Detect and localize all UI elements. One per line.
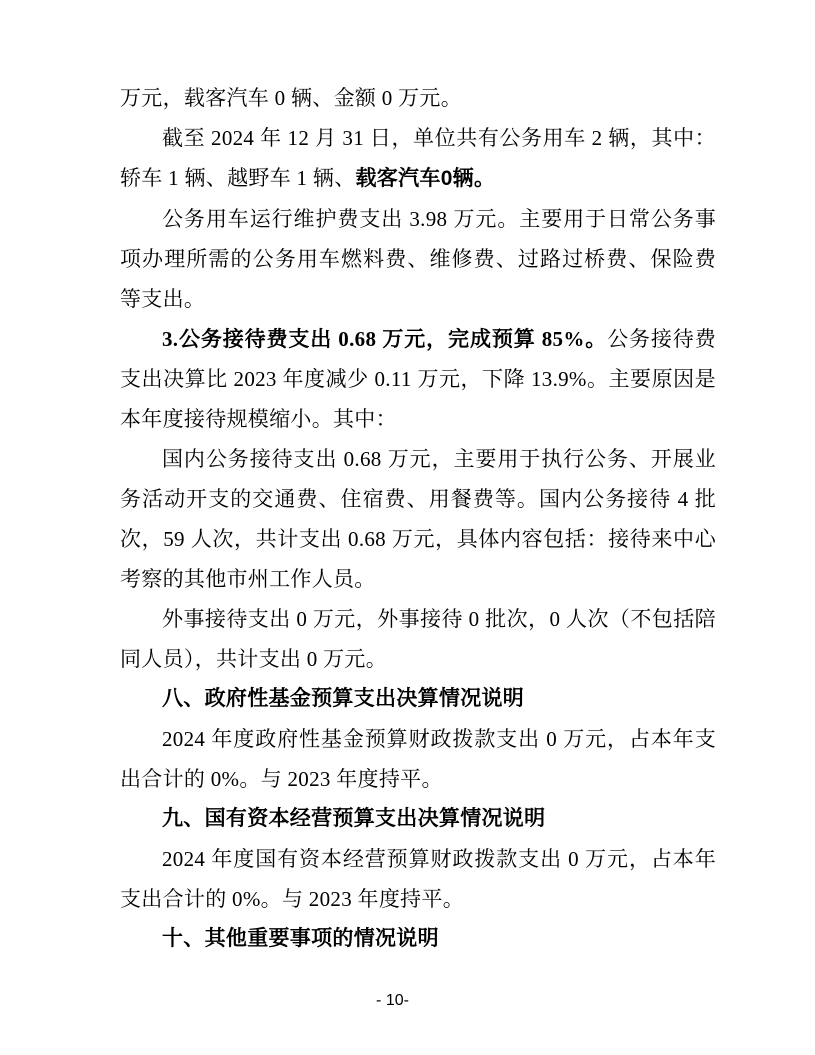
emphasis-run: 十、其他重要事项的情况说明 — [162, 927, 439, 950]
paragraph: 外事接待支出 0 万元，外事接待 0 批次，0 人次（不包括陪同人员），共计支出… — [120, 599, 716, 679]
text-run: 2024 年度国有资本经营预算财政拨款支出 0 万元，占本年支出合计的 0%。与… — [120, 847, 716, 911]
emphasis-run: 载客汽车0辆。 — [356, 167, 496, 190]
section-heading: 十、其他重要事项的情况说明 — [120, 919, 716, 959]
paragraph: 2024 年度政府性基金预算财政拨款支出 0 万元，占本年支出合计的 0%。与 … — [120, 719, 716, 799]
paragraph: 3.公务接待费支出 0.68 万元，完成预算 85%。公务接待费支出决算比 20… — [120, 319, 716, 439]
page-number: - 10- — [376, 992, 409, 1009]
section-heading: 八、政府性基金预算支出决算情况说明 — [120, 679, 716, 719]
document-page: 万元，载客汽车 0 辆、金额 0 万元。截至 2024 年 12 月 31 日，… — [0, 0, 815, 1055]
emphasis-run: 八、政府性基金预算支出决算情况说明 — [162, 687, 524, 710]
text-run: 万元，载客汽车 0 辆、金额 0 万元。 — [120, 86, 462, 110]
text-run: 公务用车运行维护费支出 3.98 万元。主要用于日常公务事项办理所需的公务用车燃… — [120, 207, 716, 311]
page-footer: - 10- — [0, 992, 785, 1010]
text-run: 国内公务接待支出 0.68 万元，主要用于执行公务、开展业务活动开支的交通费、住… — [120, 447, 716, 591]
paragraph: 2024 年度国有资本经营预算财政拨款支出 0 万元，占本年支出合计的 0%。与… — [120, 839, 716, 919]
paragraph: 截至 2024 年 12 月 31 日，单位共有公务用车 2 辆，其中：轿车 1… — [120, 118, 716, 199]
paragraph: 国内公务接待支出 0.68 万元，主要用于执行公务、开展业务活动开支的交通费、住… — [120, 439, 716, 599]
emphasis-run: 九、国有资本经营预算支出决算情况说明 — [162, 807, 545, 830]
document-body: 万元，载客汽车 0 辆、金额 0 万元。截至 2024 年 12 月 31 日，… — [120, 78, 716, 959]
text-run: 2024 年度政府性基金预算财政拨款支出 0 万元，占本年支出合计的 0%。与 … — [120, 727, 716, 791]
section-heading: 九、国有资本经营预算支出决算情况说明 — [120, 799, 716, 839]
paragraph: 公务用车运行维护费支出 3.98 万元。主要用于日常公务事项办理所需的公务用车燃… — [120, 199, 716, 319]
text-run: 外事接待支出 0 万元，外事接待 0 批次，0 人次（不包括陪同人员），共计支出… — [120, 607, 716, 671]
emphasis-run: 3.公务接待费支出 0.68 万元，完成预算 85%。 — [162, 327, 607, 351]
paragraph: 万元，载客汽车 0 辆、金额 0 万元。 — [120, 78, 716, 118]
